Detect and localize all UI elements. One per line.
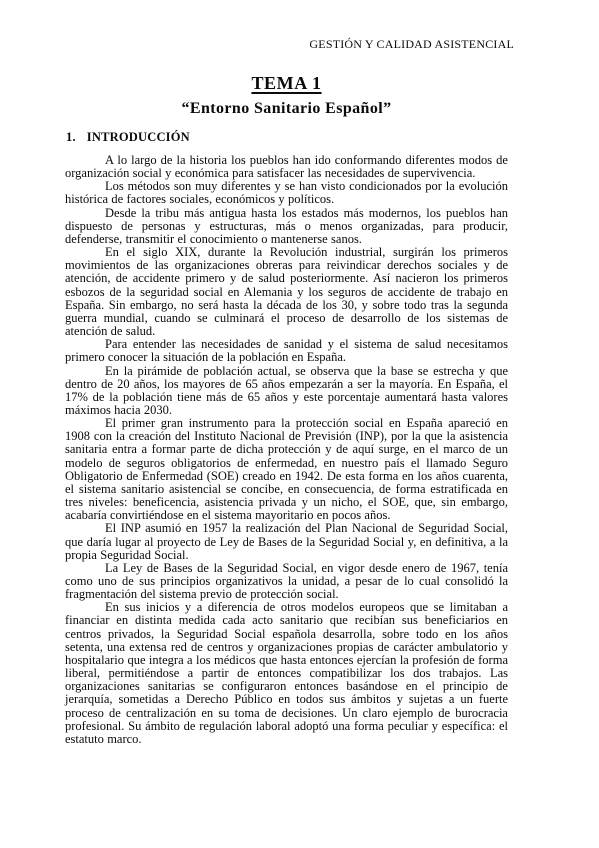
running-header: GESTIÓN Y CALIDAD ASISTENCIAL	[65, 38, 514, 51]
paragraph: La Ley de Bases de la Seguridad Social, …	[65, 562, 508, 601]
paragraph: Desde la tribu más antigua hasta los est…	[65, 207, 508, 246]
document-body: A lo largo de la historia los pueblos ha…	[65, 154, 508, 746]
paragraph: A lo largo de la historia los pueblos ha…	[65, 154, 508, 180]
paragraph: En la pirámide de población actual, se o…	[65, 365, 508, 418]
paragraph: En el siglo XIX, durante la Revolución i…	[65, 246, 508, 338]
paragraph: En sus inicios y a diferencia de otros m…	[65, 601, 508, 746]
paragraph: Los métodos son muy diferentes y se han …	[65, 180, 508, 206]
paragraph: Para entender las necesidades de sanidad…	[65, 338, 508, 364]
page-title-text: TEMA 1	[251, 73, 321, 93]
section-number: 1.	[66, 131, 76, 144]
document-page: GESTIÓN Y CALIDAD ASISTENCIAL TEMA 1 “En…	[0, 0, 599, 848]
page-title: TEMA 1	[65, 74, 508, 92]
section-heading: 1. INTRODUCCIÓN	[66, 131, 508, 144]
paragraph: El primer gran instrumento para la prote…	[65, 417, 508, 522]
page-subtitle: “Entorno Sanitario Español”	[65, 101, 508, 117]
section-title: INTRODUCCIÓN	[87, 131, 190, 144]
paragraph: El INP asumió en 1957 la realización del…	[65, 522, 508, 561]
